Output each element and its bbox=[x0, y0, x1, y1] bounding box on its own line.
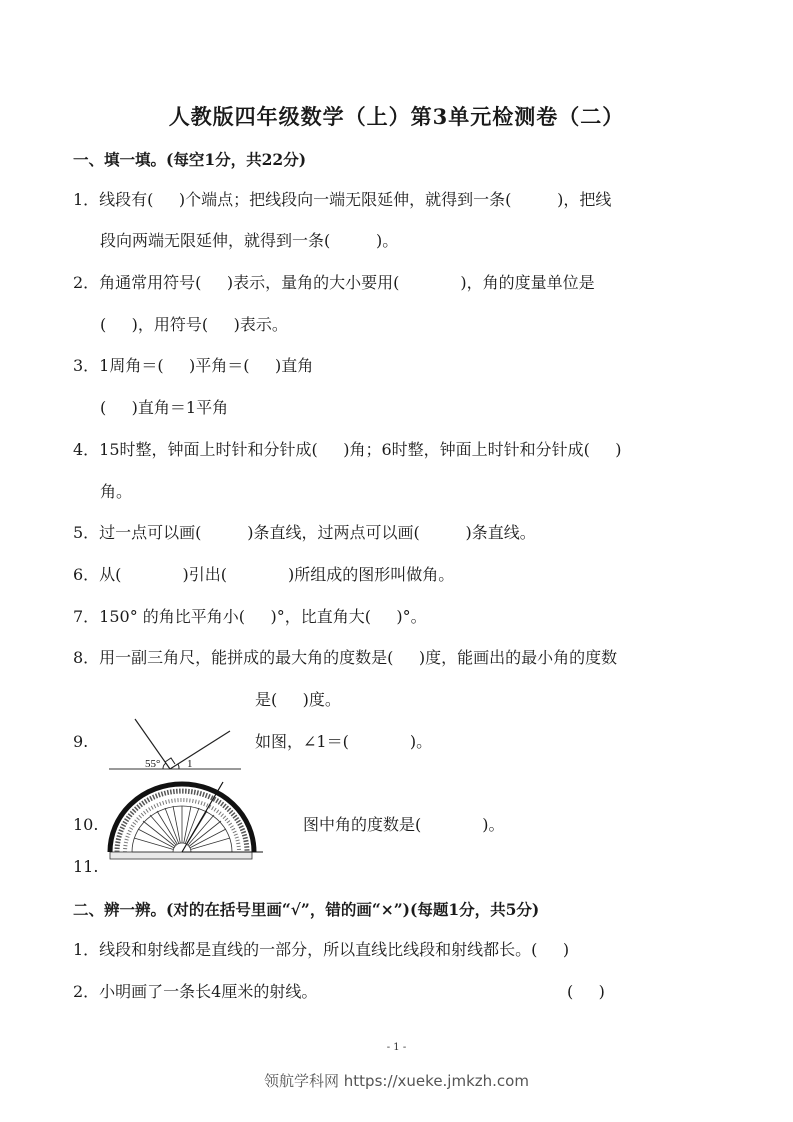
question-9-number: 9. bbox=[73, 731, 88, 753]
watermark-site: 领航学科网 https://xueke.jmkzh.com bbox=[0, 1070, 793, 1091]
question-1-line-1: 1．线段有( )个端点；把线段向一端无限延伸，就得到一条( )，把线 bbox=[73, 189, 611, 211]
judge-question-2: 2．小明画了一条长4厘米的射线。 bbox=[73, 981, 317, 1003]
question-11-number: 11. bbox=[73, 856, 98, 878]
question-10-text: 图中角的度数是( )。 bbox=[303, 814, 505, 836]
angle-1-label: 1 bbox=[187, 758, 193, 770]
question-4-line-1: 4．15时整，钟面上时针和分针成( )角；6时整，钟面上时针和分针成( ) bbox=[73, 439, 622, 461]
section-1-heading: 一、填一填。(每空1分，共22分) bbox=[73, 148, 306, 170]
question-8-line-2: 是( )度。 bbox=[255, 689, 341, 711]
question-2-line-1: 2．角通常用符号( )表示，量角的大小要用( )，角的度量单位是 bbox=[73, 272, 595, 294]
page-number: - 1 - bbox=[0, 1042, 793, 1053]
angle-figure: 55° 1 bbox=[105, 715, 245, 775]
question-4-line-2: 角。 bbox=[100, 481, 132, 503]
question-1-line-2: 段向两端无限延伸，就得到一条( )。 bbox=[100, 230, 398, 252]
question-2-line-2: ( )，用符号( )表示。 bbox=[100, 314, 288, 336]
question-6: 6．从( )引出( )所组成的图形叫做角。 bbox=[73, 564, 454, 586]
question-5: 5．过一点可以画( )条直线，过两点可以画( )条直线。 bbox=[73, 522, 536, 544]
judge-question-2-paren: ( ) bbox=[567, 981, 605, 1003]
question-7: 7．150° 的角比平角小( )°，比直角大( )°。 bbox=[73, 606, 427, 628]
question-3-line-1: 3．1周角＝( )平角＝( )直角 bbox=[73, 355, 313, 377]
question-3-line-2: ( )直角＝1平角 bbox=[100, 397, 228, 419]
judge-question-1: 1．线段和射线都是直线的一部分，所以直线比线段和射线都长。( ) bbox=[73, 939, 569, 961]
question-10-number: 10. bbox=[73, 814, 98, 836]
angle-55-label: 55° bbox=[145, 758, 160, 770]
protractor-figure bbox=[105, 780, 265, 862]
question-8-line-1: 8．用一副三角尺，能拼成的最大角的度数是( )度，能画出的最小角的度数 bbox=[73, 647, 617, 669]
page-title: 人教版四年级数学（上）第3单元检测卷（二） bbox=[0, 101, 793, 131]
question-9-text: 如图，∠1＝( )。 bbox=[255, 731, 432, 753]
section-2-heading: 二、辨一辨。(对的在括号里画“√”，错的画“×”)(每题1分，共5分) bbox=[73, 898, 539, 920]
